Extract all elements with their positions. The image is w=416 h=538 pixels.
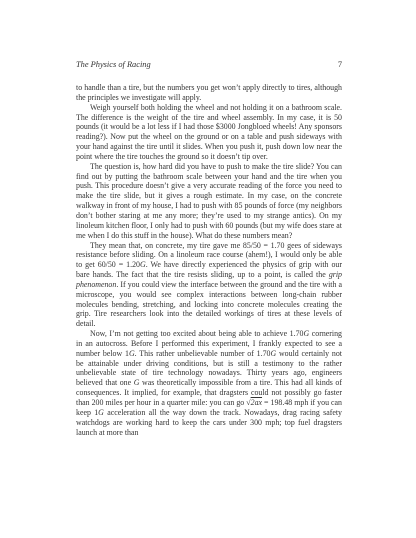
paragraph: Now, I’m not getting too excited about b… [76, 329, 342, 437]
document-page: The Physics of Racing 7 to handle than a… [0, 0, 416, 538]
paragraph: They mean that, on concrete, my tire gav… [76, 241, 342, 330]
text-segment: to handle than a tire, but the numbers y… [76, 83, 342, 102]
page-number: 7 [338, 60, 342, 70]
paragraph: Weigh yourself both holding the wheel an… [76, 103, 342, 162]
text-segment: acceleration all the way down the track.… [76, 408, 342, 437]
text-segment: The question is, how hard did you have t… [76, 162, 342, 240]
text-segment: Now, I’m not getting too excited about b… [90, 329, 304, 338]
running-header-title: The Physics of Racing [76, 60, 151, 70]
page-body: to handle than a tire, but the numbers y… [76, 83, 342, 437]
radicand: 2ax [251, 398, 262, 407]
paragraph: to handle than a tire, but the numbers y… [76, 83, 342, 103]
running-header: The Physics of Racing 7 [76, 60, 342, 70]
text-segment: Weigh yourself both holding the wheel an… [76, 103, 342, 161]
text-segment: . This rather unbelievable number of 1.7… [135, 349, 271, 358]
paragraph: The question is, how hard did you have t… [76, 162, 342, 241]
sqrt-expression: √2ax [246, 398, 262, 407]
text-segment: . If you could view the interface betwee… [76, 280, 342, 328]
